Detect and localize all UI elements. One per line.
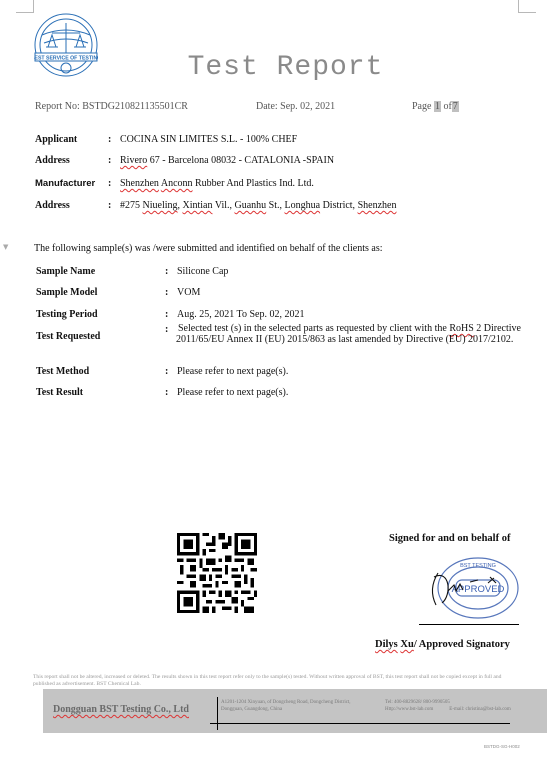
sample-name-label: Sample Name: [36, 266, 95, 277]
footer-email-link[interactable]: E-mail: christina@bst-lab.com: [449, 707, 511, 712]
colon: :: [165, 266, 168, 277]
applicant-label: Applicant: [35, 134, 77, 145]
page-total: 7: [452, 101, 459, 112]
report-date: Date: Sep. 02, 2021: [256, 101, 335, 112]
signatory-name: Dilys Xu/ Approved Signatory: [375, 639, 510, 650]
manufacturer-address-label: Address: [35, 200, 70, 211]
footer-band: Dongguan BST Testing Co., Ltd A1201-1204…: [43, 689, 547, 733]
page-indicator: Page 1 of7: [412, 101, 459, 112]
sample-name-value: Silicone Cap: [177, 266, 228, 277]
document-code: BSTDG-SG-H002: [484, 744, 520, 749]
qr-code-icon[interactable]: [177, 533, 257, 613]
applicant-address-label: Address: [35, 155, 70, 166]
colon: :: [108, 134, 111, 145]
page-label: Page: [412, 101, 431, 112]
applicant-address-value: Rivero 67 - Barcelona 08032 - CATALONIA …: [120, 155, 334, 166]
page-title: Test Report: [0, 52, 547, 83]
page-current: 1: [434, 101, 441, 112]
testing-period-value: Aug. 25, 2021 To Sep. 02, 2021: [177, 309, 304, 320]
footer-contact: Tel: 400-8829628/ 800-9990505 Http://www…: [385, 699, 511, 713]
crop-mark-top-right: [518, 0, 536, 13]
report-date-label: Date:: [256, 101, 278, 112]
collapse-arrow-icon[interactable]: ▼: [3, 243, 8, 251]
report-number-label: Report No:: [35, 101, 80, 112]
colon: :: [108, 155, 111, 166]
footer-tel: Tel: 400-8829628/ 800-9990505: [385, 699, 511, 706]
testing-period-label: Testing Period: [36, 309, 98, 320]
svg-text:BST TESTING: BST TESTING: [460, 563, 496, 569]
signed-for-label: Signed for and on behalf of: [389, 533, 510, 544]
footer-web-link[interactable]: Http://www.bst-lab.com: [385, 707, 433, 712]
intro-text: The following sample(s) was /were submit…: [34, 243, 383, 254]
test-method-label: Test Method: [36, 366, 89, 377]
sample-model-value: VOM: [177, 287, 200, 298]
colon: :: [165, 324, 168, 335]
test-result-value: Please refer to next page(s).: [177, 387, 288, 398]
test-requested-value: Selected test (s) in the selected parts …: [176, 324, 547, 345]
approved-stamp-icon: APPROVED BST TESTING: [420, 555, 520, 621]
report-number: Report No: BSTDG210821135501CR: [35, 101, 188, 112]
colon: :: [165, 366, 168, 377]
manufacturer-value: Shenzhen Anconn Rubber And Plastics Ind.…: [120, 178, 314, 189]
colon: :: [108, 200, 111, 211]
disclaimer-text: This report shall not be altered, increa…: [33, 674, 523, 689]
manufacturer-address-value: #275 Niueling, Xintian Vil., Guanhu St.,…: [120, 200, 396, 211]
report-date-value: Sep. 02, 2021: [280, 101, 335, 112]
test-result-label: Test Result: [36, 387, 83, 398]
applicant-value: COCINA SIN LIMITES S.L. - 100% CHEF: [120, 134, 297, 145]
colon: :: [165, 387, 168, 398]
report-number-value: BSTDG210821135501CR: [82, 101, 188, 112]
test-method-value: Please refer to next page(s).: [177, 366, 288, 377]
colon: :: [165, 309, 168, 320]
footer-address: A1201-1204 Xinyuan, of Dongcheng Road, D…: [221, 699, 351, 713]
footer-company-name: Dongguan BST Testing Co., Ltd: [53, 704, 189, 715]
colon: :: [165, 287, 168, 298]
crop-mark-top-left: [16, 0, 34, 13]
signature-line: [419, 624, 519, 625]
colon: :: [108, 178, 111, 189]
footer-divider-horizontal: [210, 723, 510, 724]
page-of: of: [443, 101, 451, 112]
manufacturer-label: Manufacturer: [35, 178, 95, 189]
footer-divider-vertical: [217, 697, 218, 730]
test-requested-label: Test Requested: [36, 331, 100, 342]
sample-model-label: Sample Model: [36, 287, 97, 298]
